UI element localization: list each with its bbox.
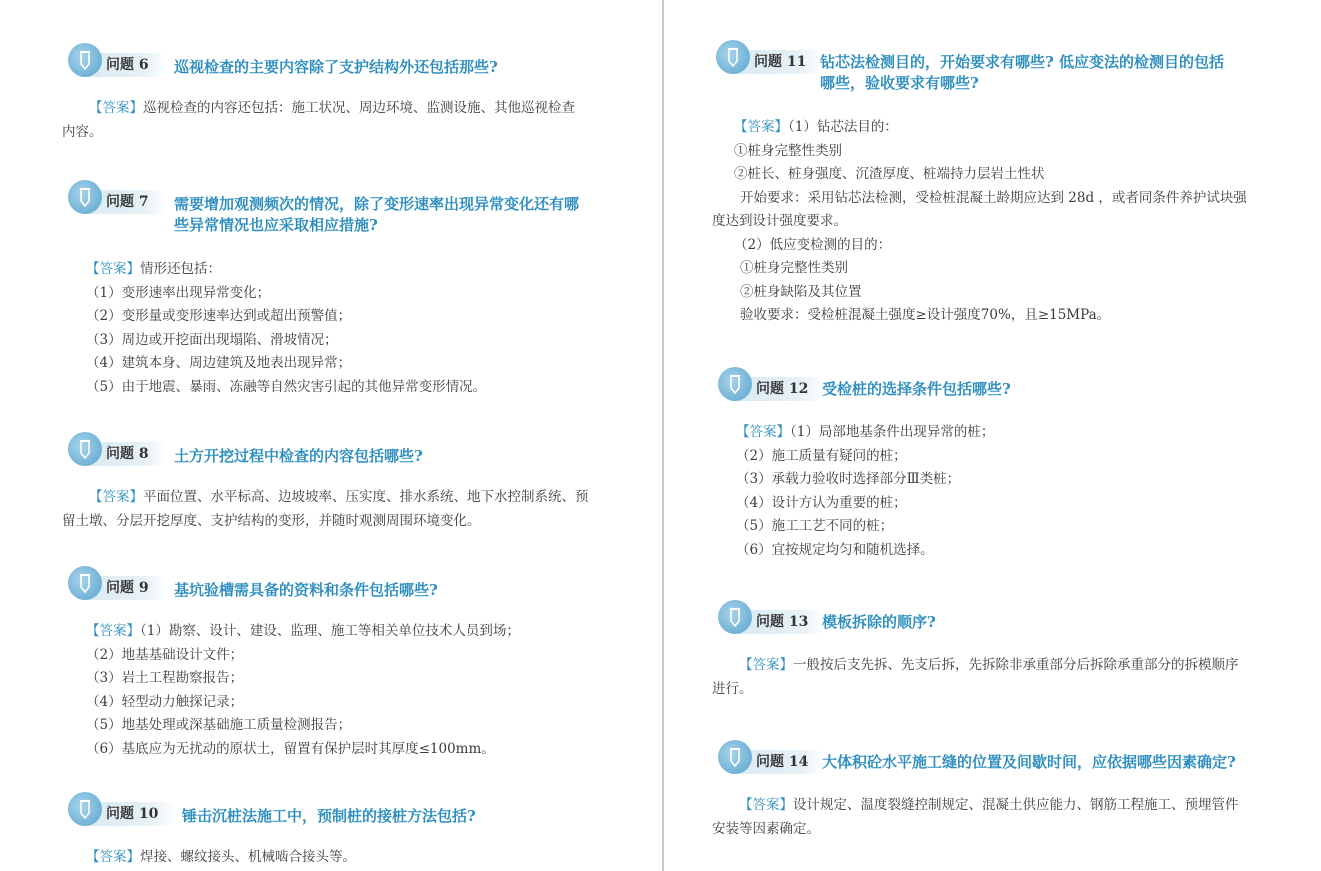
answer-block: 【答案】一般按后支先拆、先支后拆，先拆除非承重部分后拆除承重部分的拆模顺序 进行… bbox=[712, 654, 1278, 701]
pencil-badge-icon bbox=[716, 40, 750, 74]
answer-tag: 【答案】 bbox=[86, 623, 140, 639]
question-title: 土方开挖过程中检查的内容包括哪些? bbox=[174, 446, 423, 467]
answer-tag: 【答案】 bbox=[86, 849, 140, 865]
answer-tag: 【答案】 bbox=[89, 100, 143, 116]
question-14: 问题 14 大体积砼水平施工缝的位置及间歇时间，应依据哪些因素确定? 【答案】设… bbox=[718, 740, 1278, 841]
question-10: 问题 10 锤击沉桩法施工中，预制桩的接桩方法包括? 【答案】焊接、螺纹接头、机… bbox=[68, 792, 628, 870]
question-11: 问题 11 钻芯法检测目的，开始要求有哪些? 低应变法的检测目的包括 哪些，验收… bbox=[716, 40, 1276, 328]
question-13: 问题 13 模板拆除的顺序? 【答案】一般按后支先拆、先支后拆，先拆除非承重部分… bbox=[718, 600, 1278, 701]
question-9: 问题 9 基坑验槽需具备的资料和条件包括哪些? 【答案】（1）勘察、设计、建设、… bbox=[68, 566, 628, 761]
answer-block: 【答案】巡视检查的内容还包括：施工状况、周边环境、监测设施、其他巡视检查 内容。 bbox=[62, 97, 628, 144]
pencil-badge-icon bbox=[718, 367, 752, 401]
question-title: 模板拆除的顺序? bbox=[822, 612, 936, 633]
answer-tag: 【答案】 bbox=[736, 424, 790, 440]
pencil-badge-icon bbox=[718, 740, 752, 774]
question-title: 受检桩的选择条件包括哪些? bbox=[822, 379, 1011, 400]
answer-block: 【答案】（1）钻芯法目的： ①桩身完整性类别 ②桩长、桩身强度、沉渣厚度、桩端持… bbox=[712, 116, 1272, 328]
answer-block: 【答案】设计规定、温度裂缝控制规定、混凝土供应能力、钢筋工程施工、预埋管件 安装… bbox=[712, 794, 1278, 841]
answer-block: 【答案】（1）局部地基条件出现异常的桩； （2）施工质量有疑问的桩； （3）承载… bbox=[736, 421, 1278, 562]
pencil-badge-icon bbox=[718, 600, 752, 634]
answer-block: 【答案】情形还包括： （1）变形速率出现异常变化； （2）变形量或变形速率达到或… bbox=[86, 258, 628, 399]
right-page: 问题 11 钻芯法检测目的，开始要求有哪些? 低应变法的检测目的包括 哪些，验收… bbox=[664, 0, 1321, 871]
answer-block: 【答案】焊接、螺纹接头、机械啮合接头等。 bbox=[86, 846, 628, 870]
question-6: 问题 6 巡视检查的主要内容除了支护结构外还包括那些? 【答案】巡视检查的内容还… bbox=[68, 43, 628, 144]
pencil-badge-icon bbox=[68, 43, 102, 77]
pencil-badge-icon bbox=[68, 792, 102, 826]
question-title: 钻芯法检测目的，开始要求有哪些? 低应变法的检测目的包括 哪些，验收要求有哪些? bbox=[820, 52, 1224, 94]
question-12: 问题 12 受检桩的选择条件包括哪些? 【答案】（1）局部地基条件出现异常的桩；… bbox=[718, 367, 1278, 562]
answer-tag: 【答案】 bbox=[739, 657, 793, 673]
answer-block: 【答案】平面位置、水平标高、边坡坡率、压实度、排水系统、地下水控制系统、预 留土… bbox=[62, 486, 628, 533]
answer-tag: 【答案】 bbox=[86, 261, 140, 277]
pencil-badge-icon bbox=[68, 432, 102, 466]
pencil-badge-icon bbox=[68, 180, 102, 214]
question-title: 巡视检查的主要内容除了支护结构外还包括那些? bbox=[174, 57, 498, 78]
question-title: 基坑验槽需具备的资料和条件包括哪些? bbox=[174, 580, 438, 601]
question-7: 问题 7 需要增加观测频次的情况，除了变形速率出现异常变化还有哪 些异常情况也应… bbox=[68, 180, 628, 399]
answer-tag: 【答案】 bbox=[734, 119, 788, 135]
answer-block: 【答案】（1）勘察、设计、建设、监理、施工等相关单位技术人员到场； （2）地基基… bbox=[86, 620, 628, 761]
question-title: 锤击沉桩法施工中，预制桩的接桩方法包括? bbox=[182, 806, 476, 827]
question-title: 大体积砼水平施工缝的位置及间歇时间，应依据哪些因素确定? bbox=[822, 752, 1236, 773]
left-page: 问题 6 巡视检查的主要内容除了支护结构外还包括那些? 【答案】巡视检查的内容还… bbox=[0, 0, 662, 871]
question-8: 问题 8 土方开挖过程中检查的内容包括哪些? 【答案】平面位置、水平标高、边坡坡… bbox=[68, 432, 628, 533]
question-title: 需要增加观测频次的情况，除了变形速率出现异常变化还有哪 些异常情况也应采取相应措… bbox=[174, 194, 579, 236]
answer-tag: 【答案】 bbox=[89, 489, 143, 505]
pencil-badge-icon bbox=[68, 566, 102, 600]
answer-tag: 【答案】 bbox=[739, 797, 793, 813]
